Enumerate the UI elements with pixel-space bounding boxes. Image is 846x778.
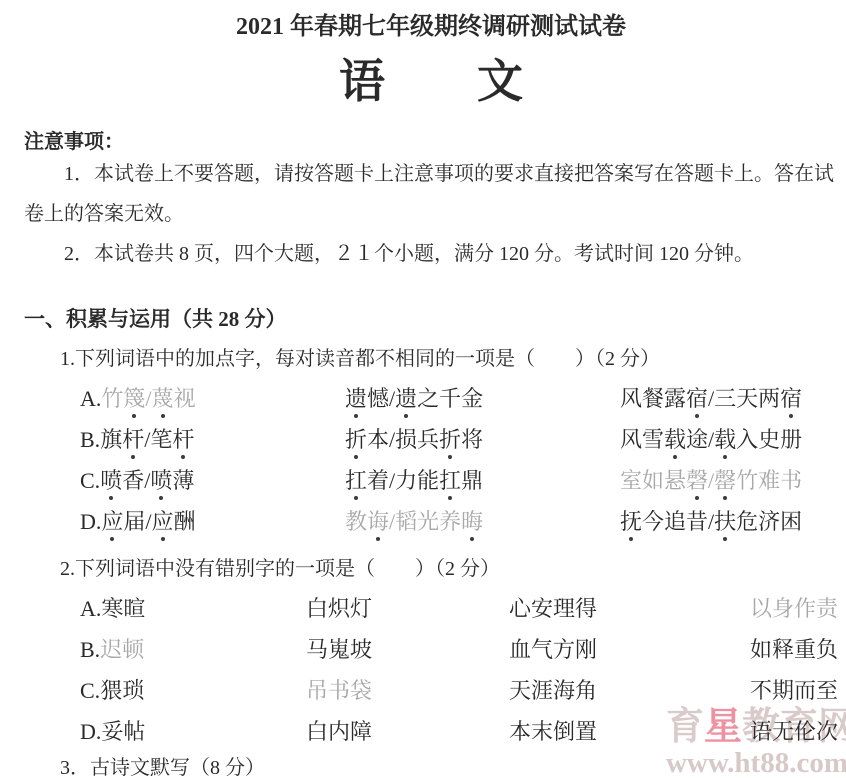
- question-2-stem: 2.下列词语中没有错别字的一项是（ ）（2 分）: [24, 556, 838, 582]
- question-1-stem: 1.下列词语中的加点字，每对读音都不相同的一项是（ ）（2 分）: [24, 346, 838, 372]
- option-phrase: 喷香/喷薄: [100, 468, 194, 493]
- option-cell: 马嵬坡: [306, 629, 509, 670]
- option-phrase: 折本/损兵折将: [345, 427, 483, 452]
- option-row: B.迟顿马嵬坡血气方刚如释重负: [80, 629, 838, 670]
- option-phrase: 教诲/韬光养晦: [345, 509, 483, 534]
- exam-title: 2021 年春期七年级期终调研测试试卷: [24, 12, 838, 42]
- emphasized-char: 喷: [150, 468, 172, 493]
- emphasized-char: 折: [345, 427, 367, 452]
- option-row: A.寒暄白炽灯心安理得以身作责: [80, 588, 838, 629]
- emphasized-char: 扛: [345, 468, 367, 493]
- emphasized-char: 抚: [620, 509, 642, 534]
- option-phrase: 语无伦次: [750, 719, 838, 744]
- option-row: C.喷香/喷薄扛着/力能扛鼎室如悬磬/罄竹难书: [80, 460, 838, 501]
- option-label: B.: [80, 637, 100, 662]
- subject-title: 语 文: [24, 56, 838, 108]
- option-label: D.: [80, 719, 101, 744]
- option-cell: 天涯海角: [509, 670, 750, 711]
- option-phrase: 应届/应酬: [101, 509, 195, 534]
- question-1-options: A.竹篾/蔑视遗憾/遗之千金风餐露宿/三天两宿B.旗杆/笔杆折本/损兵折将风雪载…: [24, 378, 838, 542]
- option-cell: 以身作责: [750, 588, 838, 629]
- option-phrase: 寒暄: [101, 596, 145, 621]
- emphasized-char: 杆: [122, 427, 144, 452]
- option-label: A.: [80, 596, 101, 621]
- option-cell: 白炽灯: [306, 588, 509, 629]
- option-phrase: 迟顿: [100, 637, 144, 662]
- emphasized-char: 应: [101, 509, 123, 534]
- emphasized-char: 晦: [461, 509, 483, 534]
- option-phrase: 本末倒置: [509, 719, 597, 744]
- question-2-options: A.寒暄白炽灯心安理得以身作责B.迟顿马嵬坡血气方刚如释重负C.猥琐吊书袋天涯海…: [24, 588, 838, 752]
- option-phrase: 室如悬磬/罄竹难书: [620, 468, 802, 493]
- option-label: C.: [80, 678, 100, 703]
- option-label: D.: [80, 509, 101, 534]
- question-3-stem: 3．古诗文默写（8 分）: [24, 756, 838, 778]
- emphasized-char: 扶: [714, 509, 736, 534]
- emphasized-char: 磬: [686, 468, 708, 493]
- option-cell: A.寒暄: [80, 588, 306, 629]
- emphasized-char: 杆: [172, 427, 194, 452]
- option-cell: B.旗杆/笔杆: [80, 419, 345, 460]
- emphasized-char: 篾: [123, 386, 145, 411]
- option-phrase: 天涯海角: [509, 678, 597, 703]
- option-cell: C.猥琐: [80, 670, 306, 711]
- option-phrase: 心安理得: [509, 596, 597, 621]
- option-label: A.: [80, 386, 101, 411]
- option-phrase: 马嵬坡: [306, 637, 372, 662]
- option-label: B.: [80, 427, 100, 452]
- option-phrase: 如释重负: [750, 637, 838, 662]
- option-cell: 如释重负: [750, 629, 838, 670]
- option-phrase: 风餐露宿/三天两宿: [620, 386, 802, 411]
- emphasized-char: 应: [152, 509, 174, 534]
- option-phrase: 旗杆/笔杆: [100, 427, 194, 452]
- option-phrase: 扛着/力能扛鼎: [345, 468, 483, 493]
- option-phrase: 以身作责: [750, 596, 838, 621]
- option-cell: C.喷香/喷薄: [80, 460, 345, 501]
- option-row: D.应届/应酬教诲/韬光养晦抚今追昔/扶危济困: [80, 501, 838, 542]
- option-cell: 抚今追昔/扶危济困: [620, 501, 838, 542]
- option-cell: 遗憾/遗之千金: [345, 378, 620, 419]
- option-cell: 风餐露宿/三天两宿: [620, 378, 838, 419]
- emphasized-char: 扛: [439, 468, 461, 493]
- notice-item-2: 2．本试卷共 8 页，四个大题，２１个小题，满分 120 分。考试时间 120 …: [24, 234, 838, 274]
- option-phrase: 不期而至: [750, 678, 838, 703]
- option-cell: 本末倒置: [509, 711, 750, 752]
- emphasized-char: 遗: [395, 386, 417, 411]
- option-cell: B.迟顿: [80, 629, 306, 670]
- option-phrase: 竹篾/蔑视: [101, 386, 195, 411]
- option-cell: 教诲/韬光养晦: [345, 501, 620, 542]
- emphasized-char: 折: [439, 427, 461, 452]
- notice-item-1: 1．本试卷上不要答题，请按答题卡上注意事项的要求直接把答案写在答题卡上。答在试 …: [24, 154, 838, 234]
- exam-paper-page: 育星教育网 www.ht88.com 2021 年春期七年级期终调研测试试卷 语…: [0, 0, 846, 778]
- exam-content: 2021 年春期七年级期终调研测试试卷 语 文 注意事项： 1．本试卷上不要答题…: [0, 0, 846, 778]
- notice-heading: 注意事项：: [24, 130, 838, 154]
- option-cell: 吊书袋: [306, 670, 509, 711]
- option-row: D.妥帖白内障本末倒置语无伦次: [80, 711, 838, 752]
- emphasized-char: 遗: [345, 386, 367, 411]
- emphasized-char: 宿: [780, 386, 802, 411]
- option-row: C.猥琐吊书袋天涯海角不期而至: [80, 670, 838, 711]
- section-1-heading: 一、积累与运用（共 28 分）: [24, 306, 838, 332]
- option-phrase: 白炽灯: [306, 596, 372, 621]
- option-cell: 室如悬磬/罄竹难书: [620, 460, 838, 501]
- option-cell: D.应届/应酬: [80, 501, 345, 542]
- emphasized-char: 喷: [100, 468, 122, 493]
- option-cell: 语无伦次: [750, 711, 838, 752]
- option-label: C.: [80, 468, 100, 493]
- option-phrase: 血气方刚: [509, 637, 597, 662]
- option-phrase: 妥帖: [101, 719, 145, 744]
- emphasized-char: 诲: [367, 509, 389, 534]
- option-cell: 折本/损兵折将: [345, 419, 620, 460]
- emphasized-char: 宿: [686, 386, 708, 411]
- emphasized-char: 罄: [714, 468, 736, 493]
- option-phrase: 遗憾/遗之千金: [345, 386, 483, 411]
- option-phrase: 猥琐: [100, 678, 144, 703]
- option-phrase: 白内障: [306, 719, 372, 744]
- option-cell: 白内障: [306, 711, 509, 752]
- option-cell: D.妥帖: [80, 711, 306, 752]
- option-phrase: 吊书袋: [306, 678, 372, 703]
- emphasized-char: 载: [714, 427, 736, 452]
- option-row: A.竹篾/蔑视遗憾/遗之千金风餐露宿/三天两宿: [80, 378, 838, 419]
- option-phrase: 风雪载途/载入史册: [620, 427, 802, 452]
- option-cell: 心安理得: [509, 588, 750, 629]
- emphasized-char: 载: [664, 427, 686, 452]
- option-row: B.旗杆/笔杆折本/损兵折将风雪载途/载入史册: [80, 419, 838, 460]
- option-phrase: 抚今追昔/扶危济困: [620, 509, 802, 534]
- option-cell: 扛着/力能扛鼎: [345, 460, 620, 501]
- option-cell: 不期而至: [750, 670, 838, 711]
- emphasized-char: 蔑: [152, 386, 174, 411]
- option-cell: 血气方刚: [509, 629, 750, 670]
- option-cell: 风雪载途/载入史册: [620, 419, 838, 460]
- option-cell: A.竹篾/蔑视: [80, 378, 345, 419]
